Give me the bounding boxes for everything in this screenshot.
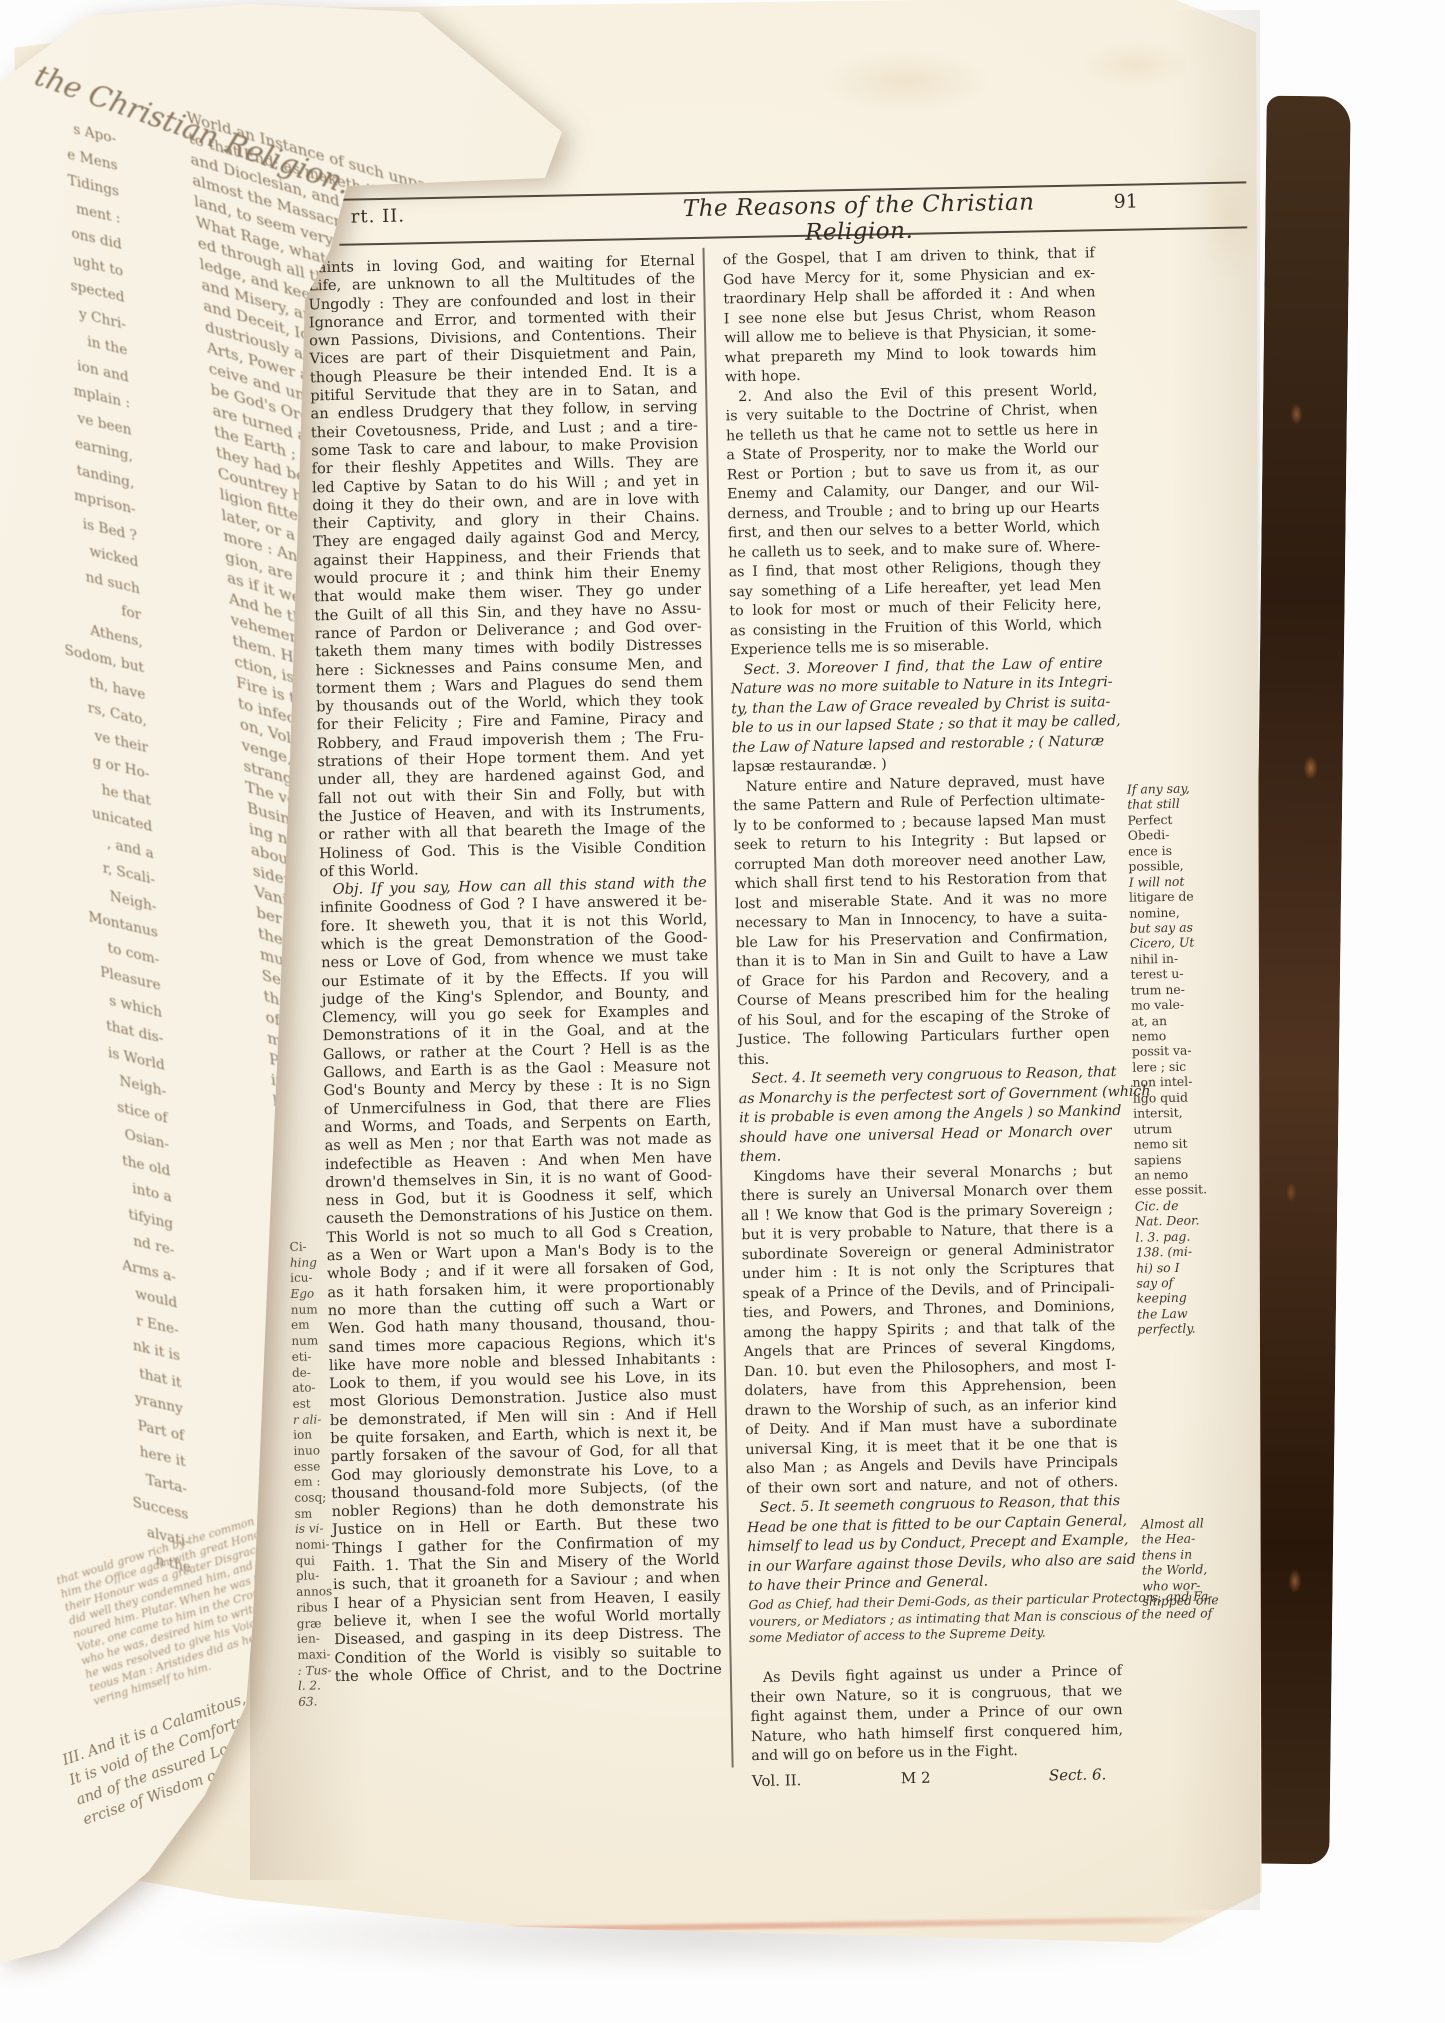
book-photo: rt. II. The Reasons of the Christian Rel… xyxy=(0,0,1445,2023)
gutter-fragment: hing xyxy=(290,1255,334,1272)
gutter-fragment: ato- xyxy=(292,1380,336,1397)
gutter-fragment: inuo xyxy=(293,1443,337,1460)
gutter-fragment: em : xyxy=(294,1474,338,1491)
gutter-fragment: maxi- xyxy=(297,1647,341,1664)
gutter-fragment: Ego xyxy=(290,1286,334,1303)
volume-label: Vol. II. xyxy=(752,1771,802,1790)
gutter-fragment: num xyxy=(291,1333,335,1350)
gutter-fragment: Ci- xyxy=(289,1239,333,1256)
signature-mark: M 2 xyxy=(901,1769,931,1788)
gutter-fragment: græ xyxy=(297,1616,341,1633)
gutter-fragment: ribus xyxy=(296,1600,340,1617)
gutter-fragment: plu- xyxy=(296,1568,340,1585)
gutter-fragment: r ali- xyxy=(293,1412,337,1429)
gutter-fragment: num xyxy=(291,1302,335,1319)
gutter-fragment: cosq; xyxy=(294,1490,338,1507)
right-column: of the Gospel, that I am driven to think… xyxy=(723,244,1121,1596)
gutter-fragment: is vi- xyxy=(295,1521,339,1538)
gutter-fragment: : Tus- xyxy=(298,1663,342,1680)
gutter-fragment: icu- xyxy=(290,1270,334,1287)
running-head-title: The Reasons of the Christian Religion. xyxy=(643,189,1074,249)
gutter-fragment: nomi- xyxy=(295,1537,339,1554)
gutter-fragment: esse xyxy=(294,1459,338,1476)
page-number: 91 xyxy=(1113,190,1138,212)
gutter-note-fragments: Ci-hingicu-Egonumemnumeti-de-ato-estr al… xyxy=(289,1239,342,1710)
gutter-fragment: sm xyxy=(295,1506,339,1523)
gutter-fragment: qui xyxy=(295,1553,339,1570)
catchword: Sect. 6. xyxy=(1049,1765,1107,1784)
gutter-fragment: ien- xyxy=(297,1631,341,1648)
gutter-fragment: est xyxy=(292,1396,336,1413)
closing-paragraph: As Devils fight against us under a Princ… xyxy=(750,1662,1124,1767)
gutter-fragment: 63. xyxy=(298,1694,342,1711)
left-column: Saints in loving God, and waiting for Et… xyxy=(308,252,722,1686)
margin-note-line: perfectly. xyxy=(1137,1320,1235,1337)
gutter-fragment: l. 2. xyxy=(298,1678,342,1695)
gutter-fragment: eti- xyxy=(292,1349,336,1366)
running-head-part: rt. II. xyxy=(351,206,406,228)
gutter-fragment: annos xyxy=(296,1584,340,1601)
gutter-fragment: em xyxy=(291,1318,335,1335)
gutter-fragment: ion xyxy=(293,1427,337,1444)
gutter-fragment: de- xyxy=(292,1365,336,1382)
margin-note-heathens: Almost allthe Hea-thens inthe World,who … xyxy=(1141,1515,1241,1609)
right-page: rt. II. The Reasons of the Christian Rel… xyxy=(170,0,1357,1950)
margin-note-line: shipped one xyxy=(1142,1592,1240,1609)
margin-note-obedience: If any say,that stillPerfectObedi-ence i… xyxy=(1127,780,1236,1338)
